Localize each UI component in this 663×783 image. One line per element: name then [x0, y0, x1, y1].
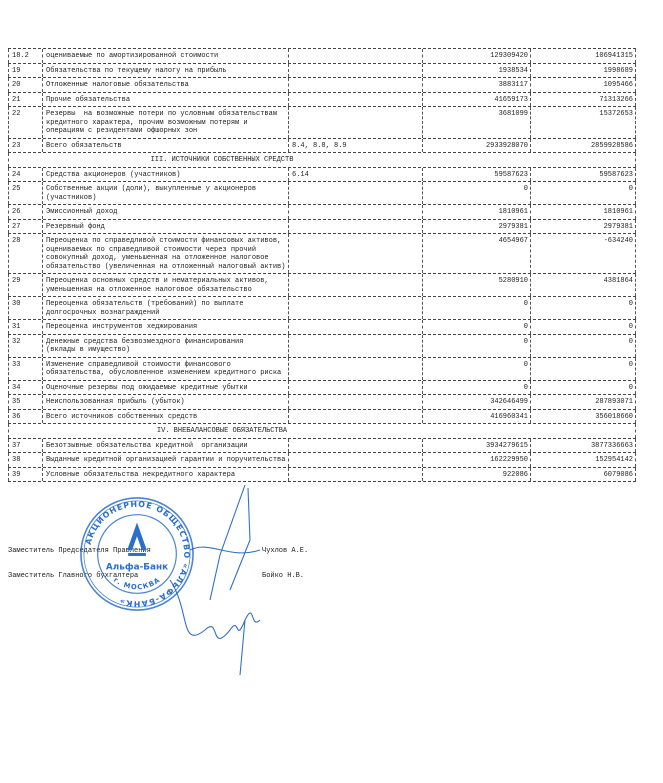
row-note	[288, 49, 422, 63]
current-period-value: 0	[422, 297, 530, 319]
row-description: Резервный фонд	[42, 220, 288, 234]
row-number: 18.2	[8, 49, 42, 63]
prior-period-value: 106941315	[530, 49, 636, 63]
row-note	[288, 439, 422, 453]
row-description: Эмиссионный доход	[42, 205, 288, 219]
current-period-value: 129309420	[422, 49, 530, 63]
row-note	[288, 297, 422, 319]
row-description: Безотзывные обязательства кредитной орга…	[42, 439, 288, 453]
current-period-value: 922086	[422, 468, 530, 482]
row-note	[288, 64, 422, 78]
row-description: Резервы на возможные потери по условным …	[42, 107, 288, 138]
row-number: 26	[8, 205, 42, 219]
row-note	[288, 453, 422, 467]
row-number: 36	[8, 410, 42, 424]
prior-period-value: 1095466	[530, 78, 636, 92]
row-note	[288, 107, 422, 138]
row-description: Всего источников собственных средств	[42, 410, 288, 424]
row-description: Обязательства по текущему налогу на приб…	[42, 64, 288, 78]
row-description: Собственные акции (доли), выкупленные у …	[42, 182, 288, 204]
prior-period-value: 6079086	[530, 468, 636, 482]
prior-period-value: 2859928586	[530, 139, 636, 153]
current-period-value: 2979381	[422, 220, 530, 234]
current-period-value: 162229950	[422, 453, 530, 467]
current-period-value: 2933928070	[422, 139, 530, 153]
table-row: 37Безотзывные обязательства кредитной ор…	[8, 438, 636, 453]
row-number: 25	[8, 182, 42, 204]
row-number: 32	[8, 335, 42, 357]
table-row: 22Резервы на возможные потери по условны…	[8, 106, 636, 138]
prior-period-value: 0	[530, 320, 636, 334]
row-note	[288, 335, 422, 357]
prior-period-value: 0	[530, 358, 636, 380]
current-period-value: 342646499	[422, 395, 530, 409]
row-number: 29	[8, 274, 42, 296]
row-note	[288, 274, 422, 296]
prior-period-value: 0	[530, 297, 636, 319]
row-number: 24	[8, 168, 42, 182]
row-number: 35	[8, 395, 42, 409]
table-row: 29Переоценка основных средств и нематери…	[8, 273, 636, 296]
row-number: 37	[8, 439, 42, 453]
row-note	[288, 234, 422, 273]
table-row: 23Всего обязательств8.4, 8.8, 8.92933928…	[8, 138, 636, 153]
row-description: Изменение справедливой стоимости финансо…	[42, 358, 288, 380]
current-period-value: 3681099	[422, 107, 530, 138]
prior-period-value: 2979381	[530, 220, 636, 234]
row-number: 30	[8, 297, 42, 319]
row-description: Средства акционеров (участников)	[42, 168, 288, 182]
row-note	[288, 381, 422, 395]
prior-period-value: -634240	[530, 234, 636, 273]
current-period-value: 0	[422, 182, 530, 204]
current-period-value: 3883117	[422, 78, 530, 92]
table-row: 21Прочие обязательства4165917371313266	[8, 92, 636, 107]
table-row: 26Эмиссионный доход18109611810961	[8, 204, 636, 219]
balance-sheet-table: 18.2оцениваемые по амортизированной стои…	[8, 48, 636, 482]
row-note: 6.14	[288, 168, 422, 182]
table-row: 33Изменение справедливой стоимости финан…	[8, 357, 636, 380]
current-period-value: 3934279615	[422, 439, 530, 453]
section-title: III. ИСТОЧНИКИ СОБСТВЕННЫХ СРЕДСТВ	[8, 153, 636, 167]
row-note	[288, 320, 422, 334]
current-period-value: 0	[422, 335, 530, 357]
current-period-value: 0	[422, 381, 530, 395]
prior-period-value: 0	[530, 381, 636, 395]
row-number: 34	[8, 381, 42, 395]
section-title: IV. ВНЕБАЛАНСОВЫЕ ОБЯЗАТЕЛЬСТВА	[8, 424, 636, 438]
row-description: оцениваемые по амортизированной стоимост…	[42, 49, 288, 63]
row-description: Условные обязательства некредитного хара…	[42, 468, 288, 482]
row-note	[288, 410, 422, 424]
row-note: 8.4, 8.8, 8.9	[288, 139, 422, 153]
prior-period-value: 71313266	[530, 93, 636, 107]
row-description: Переоценка обязательств (требований) по …	[42, 297, 288, 319]
row-description: Переоценка по справедливой стоимости фин…	[42, 234, 288, 273]
current-period-value: 0	[422, 358, 530, 380]
prior-period-value: 59587623	[530, 168, 636, 182]
current-period-value: 1810961	[422, 205, 530, 219]
current-period-value: 1938534	[422, 64, 530, 78]
row-number: 31	[8, 320, 42, 334]
prior-period-value: 0	[530, 182, 636, 204]
table-row: 28Переоценка по справедливой стоимости ф…	[8, 233, 636, 273]
row-number: 28	[8, 234, 42, 273]
table-row: 36Всего источников собственных средств41…	[8, 409, 636, 424]
prior-period-value: 4381864	[530, 274, 636, 296]
row-note	[288, 78, 422, 92]
row-number: 20	[8, 78, 42, 92]
table-row: 20Отложенные налоговые обязательства3883…	[8, 77, 636, 92]
row-number: 39	[8, 468, 42, 482]
row-number: 33	[8, 358, 42, 380]
row-note	[288, 395, 422, 409]
row-number: 38	[8, 453, 42, 467]
current-period-value: 5280910	[422, 274, 530, 296]
table-row: 27Резервный фонд29793812979381	[8, 219, 636, 234]
row-note	[288, 205, 422, 219]
row-description: Прочие обязательства	[42, 93, 288, 107]
row-description: Переоценка инструментов хеджирования	[42, 320, 288, 334]
section-header-offbalance: IV. ВНЕБАЛАНСОВЫЕ ОБЯЗАТЕЛЬСТВА	[8, 423, 636, 438]
row-note	[288, 468, 422, 482]
row-number: 23	[8, 139, 42, 153]
current-period-value: 416960341	[422, 410, 530, 424]
table-row: 35Неиспользованная прибыль (убыток)34264…	[8, 394, 636, 409]
prior-period-value: 152954142	[530, 453, 636, 467]
row-description: Денежные средства безвозмездного финанси…	[42, 335, 288, 357]
prior-period-value: 1810961	[530, 205, 636, 219]
current-period-value: 59587623	[422, 168, 530, 182]
table-row: 34Оценочные резервы под ожидаемые кредит…	[8, 380, 636, 395]
prior-period-value: 3877336663	[530, 439, 636, 453]
table-row: 31Переоценка инструментов хеджирования00	[8, 319, 636, 334]
row-description: Оценочные резервы под ожидаемые кредитны…	[42, 381, 288, 395]
row-number: 21	[8, 93, 42, 107]
prior-period-value: 1998689	[530, 64, 636, 78]
row-description: Отложенные налоговые обязательства	[42, 78, 288, 92]
row-number: 27	[8, 220, 42, 234]
current-period-value: 0	[422, 320, 530, 334]
table-row: 39Условные обязательства некредитного ха…	[8, 467, 636, 483]
row-description: Переоценка основных средств и нематериал…	[42, 274, 288, 296]
row-description: Неиспользованная прибыль (убыток)	[42, 395, 288, 409]
prior-period-value: 15372653	[530, 107, 636, 138]
table-row: 18.2оцениваемые по амортизированной стои…	[8, 48, 636, 63]
prior-period-value: 0	[530, 335, 636, 357]
row-number: 19	[8, 64, 42, 78]
row-description: Выданные кредитной организацией гарантии…	[42, 453, 288, 467]
row-note	[288, 358, 422, 380]
row-note	[288, 93, 422, 107]
row-note	[288, 182, 422, 204]
current-period-value: 4654967	[422, 234, 530, 273]
row-note	[288, 220, 422, 234]
alfa-logo-icon	[127, 523, 147, 551]
table-row: 25Собственные акции (доли), выкупленные …	[8, 181, 636, 204]
table-row: 32Денежные средства безвозмездного финан…	[8, 334, 636, 357]
section-header-equity: III. ИСТОЧНИКИ СОБСТВЕННЫХ СРЕДСТВ	[8, 152, 636, 167]
prior-period-value: 287893071	[530, 395, 636, 409]
row-number: 22	[8, 107, 42, 138]
prior-period-value: 356018660	[530, 410, 636, 424]
table-row: 24Средства акционеров (участников)6.1459…	[8, 167, 636, 182]
table-row: 30Переоценка обязательств (требований) п…	[8, 296, 636, 319]
row-description: Всего обязательств	[42, 139, 288, 153]
table-row: 38Выданные кредитной организацией гарант…	[8, 452, 636, 467]
table-row: 19Обязательства по текущему налогу на пр…	[8, 63, 636, 78]
current-period-value: 41659173	[422, 93, 530, 107]
handwritten-signature	[150, 480, 280, 680]
